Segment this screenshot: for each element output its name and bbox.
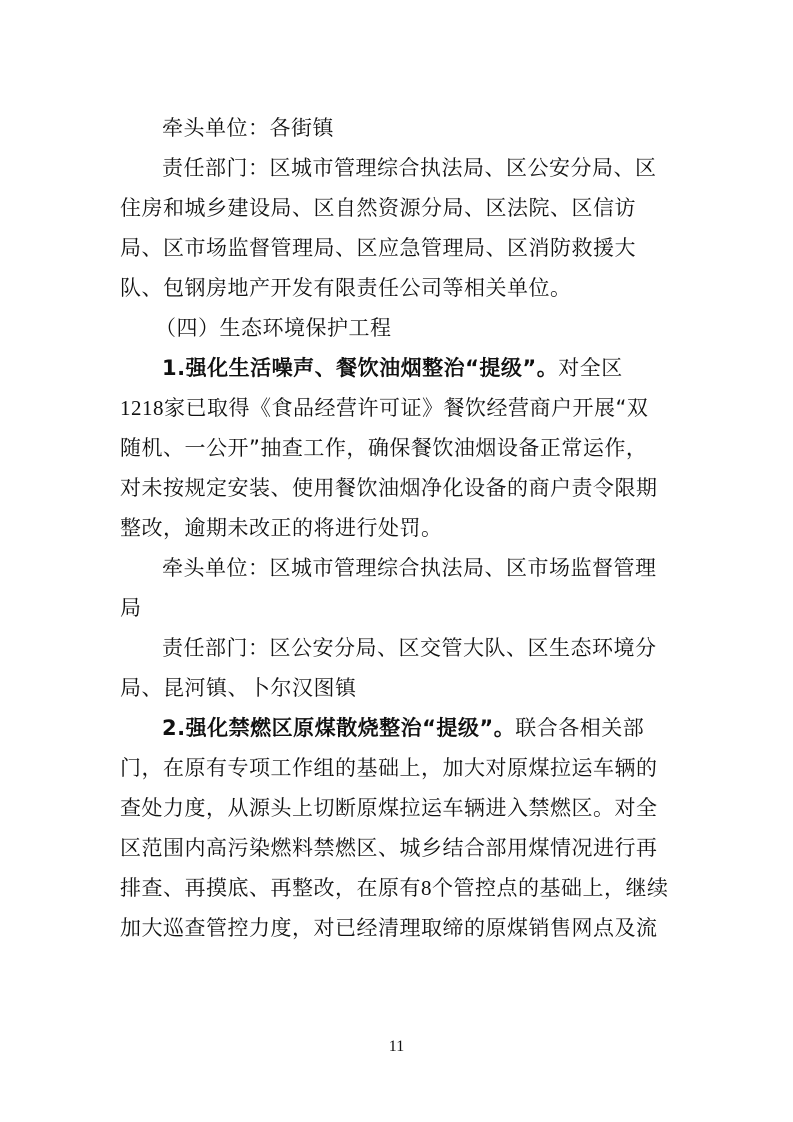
text-span: 家已取得《食品经营许可证》餐饮经营商户开展“双 — [164, 396, 648, 420]
item-2-text: 联合各相关部 — [515, 716, 644, 740]
lead-unit-line: 牵头单位：各街镇 — [162, 108, 702, 148]
text-line: 1218家已取得《食品经营许可证》餐饮经营商户开展“双 — [120, 388, 660, 428]
text-line: 队、包钢房地产开发有限责任公司等相关单位。 — [120, 268, 660, 308]
item-1-line: 1.强化生活噪声、餐饮油烟整治“提级”。对全区 — [162, 348, 702, 388]
page-number: 11 — [0, 1038, 793, 1056]
item-2-heading: 2.强化禁燃区原煤散烧整治“提级”。 — [162, 716, 515, 740]
text-line: 对未按规定安装、使用餐饮油烟净化设备的商户责令限期 — [120, 468, 660, 508]
text-line: 局、昆河镇、卜尔汉图镇 — [120, 668, 660, 708]
text-line: 局 — [120, 588, 660, 628]
section-heading: （四）生态环境保护工程 — [155, 308, 695, 348]
item-2-line: 2.强化禁燃区原煤散烧整治“提级”。联合各相关部 — [162, 708, 702, 748]
text-line: 区范围内高污染燃料禁燃区、城乡结合部用煤情况进行再 — [120, 828, 660, 868]
count-8: 8 — [421, 876, 432, 900]
document-page: 牵头单位：各街镇 责任部门：区城市管理综合执法局、区公安分局、区 住房和城乡建设… — [0, 0, 793, 1122]
text-line: 加大巡查管控力度，对已经清理取缔的原煤销售网点及流 — [120, 908, 660, 948]
lead-unit-line: 牵头单位：区城市管理综合执法局、区市场监督管理 — [162, 548, 702, 588]
count-1218: 1218 — [120, 396, 164, 420]
text-line: 整改，逾期未改正的将进行处罚。 — [120, 508, 660, 548]
text-line: 局、区市场监督管理局、区应急管理局、区消防救援大 — [120, 228, 660, 268]
text-line: 门，在原有专项工作组的基础上，加大对原煤拉运车辆的 — [120, 748, 660, 788]
text-line: 排查、再摸底、再整改，在原有8个管控点的基础上，继续 — [120, 868, 660, 908]
responsible-dept-line: 责任部门：区城市管理综合执法局、区公安分局、区 — [162, 148, 702, 188]
text-line: 随机、一公开”抽查工作，确保餐饮油烟设备正常运作， — [120, 428, 660, 468]
text-line: 住房和城乡建设局、区自然资源分局、区法院、区信访 — [120, 188, 660, 228]
text-span: 排查、再摸底、再整改，在原有 — [120, 876, 421, 900]
item-1-text: 对全区 — [558, 356, 623, 380]
text-line: 查处力度，从源头上切断原煤拉运车辆进入禁燃区。对全 — [120, 788, 660, 828]
text-span: 个管控点的基础上，继续 — [432, 876, 669, 900]
item-1-heading: 1.强化生活噪声、餐饮油烟整治“提级”。 — [162, 356, 558, 380]
responsible-dept-line: 责任部门：区公安分局、区交管大队、区生态环境分 — [162, 628, 702, 668]
